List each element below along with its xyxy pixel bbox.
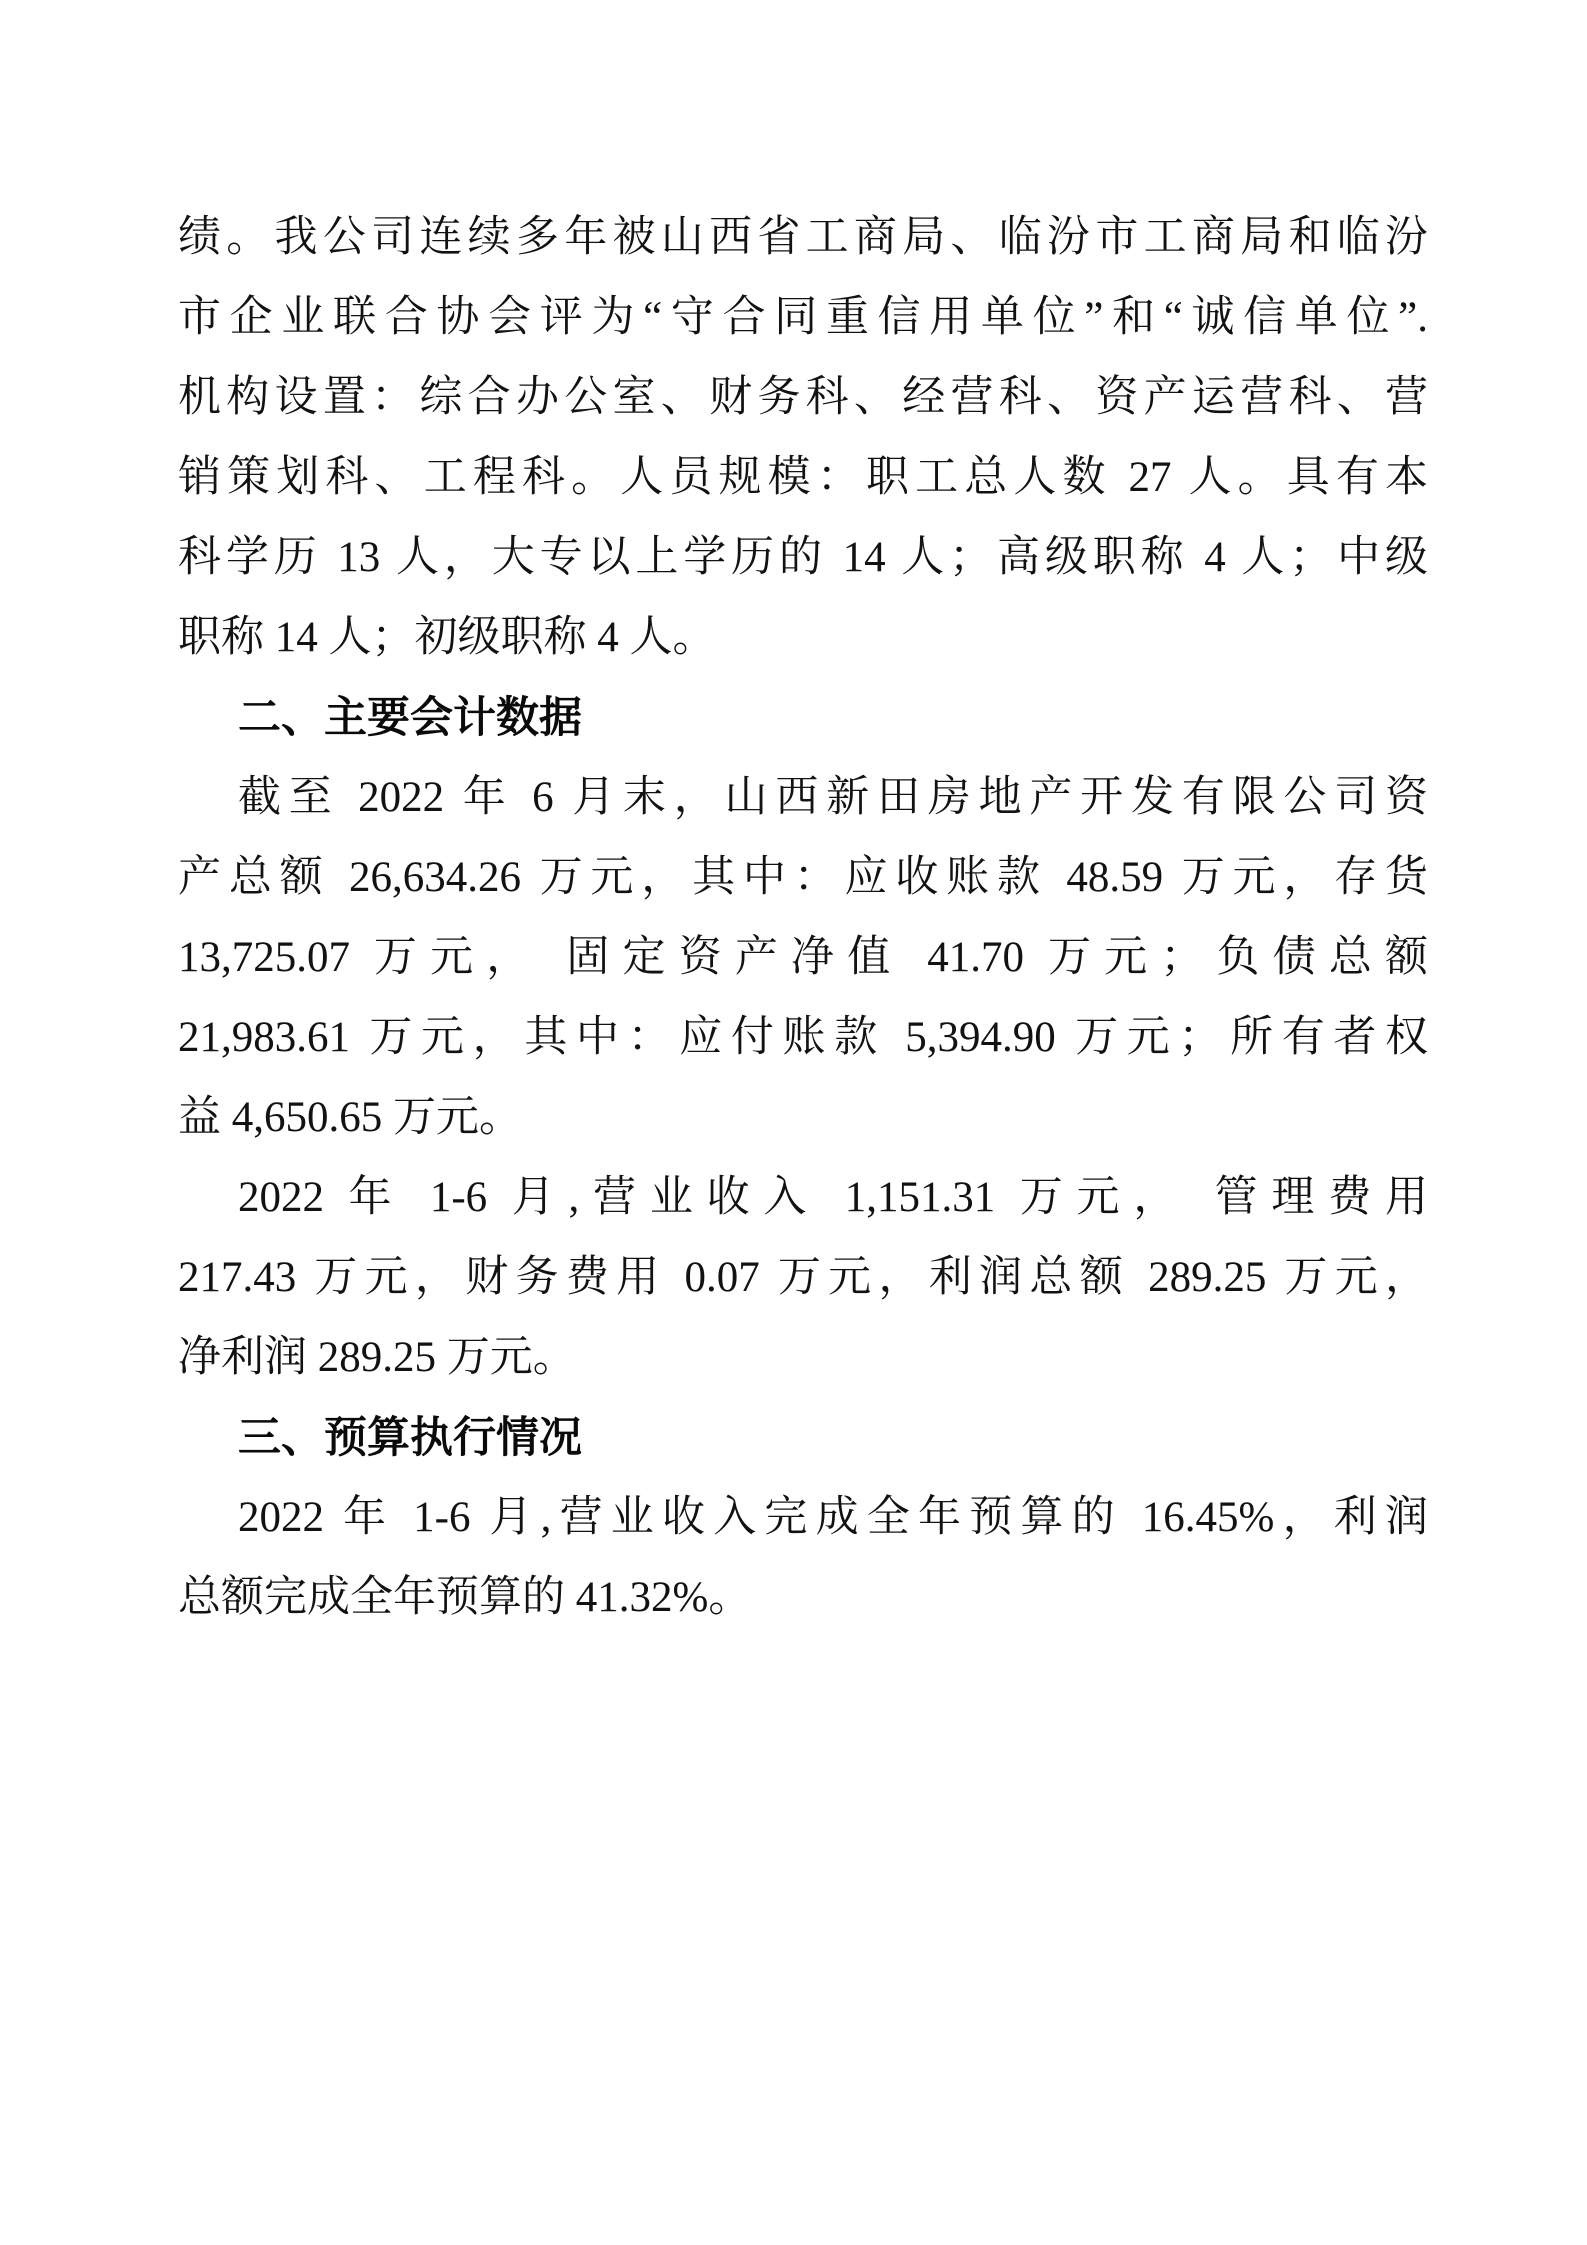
text-line: 绩。我公司连续多年被山西省工商局、临汾市工商局和临汾 (178, 198, 1428, 278)
paragraph-income-statement: 2022 年 1-6 月,营业收入 1,151.31 万元， 管理费用 217.… (178, 1158, 1428, 1398)
text-line: 机构设置：综合办公室、财务科、经营科、资产运营科、营 (178, 358, 1428, 438)
text-line: 21,983.61 万元，其中：应付账款 5,394.90 万元；所有者权 (178, 998, 1428, 1078)
paragraph-budget-execution: 2022 年 1-6 月,营业收入完成全年预算的 16.45%，利润 总额完成全… (178, 1478, 1428, 1638)
text-line: 职称 14 人；初级职称 4 人。 (178, 598, 1428, 678)
document-page: 绩。我公司连续多年被山西省工商局、临汾市工商局和临汾 市企业联合协会评为“守合同… (178, 198, 1428, 1638)
text-line: 217.43 万元，财务费用 0.07 万元，利润总额 289.25 万元， (178, 1238, 1428, 1318)
text-line: 产总额 26,634.26 万元，其中：应收账款 48.59 万元，存货 (178, 838, 1428, 918)
text-line: 市企业联合协会评为“守合同重信用单位”和“诚信单位”. (178, 278, 1428, 358)
text-line: 13,725.07 万元， 固定资产净值 41.70 万元；负债总额 (178, 918, 1428, 998)
paragraph-company-overview: 绩。我公司连续多年被山西省工商局、临汾市工商局和临汾 市企业联合协会评为“守合同… (178, 198, 1428, 678)
text-line: 总额完成全年预算的 41.32%。 (178, 1558, 1428, 1638)
text-line: 净利润 289.25 万元。 (178, 1318, 1428, 1398)
text-line: 科学历 13 人，大专以上学历的 14 人；高级职称 4 人；中级 (178, 518, 1428, 598)
text-line: 销策划科、工程科。人员规模：职工总人数 27 人。具有本 (178, 438, 1428, 518)
text-line: 2022 年 1-6 月,营业收入 1,151.31 万元， 管理费用 (178, 1158, 1428, 1238)
text-line: 益 4,650.65 万元。 (178, 1078, 1428, 1158)
section-heading-budget-execution: 三、预算执行情况 (178, 1398, 1428, 1478)
paragraph-balance-sheet: 截至 2022 年 6 月末，山西新田房地产开发有限公司资 产总额 26,634… (178, 758, 1428, 1158)
text-line: 2022 年 1-6 月,营业收入完成全年预算的 16.45%，利润 (178, 1478, 1428, 1558)
text-line: 截至 2022 年 6 月末，山西新田房地产开发有限公司资 (178, 758, 1428, 838)
section-heading-accounting-data: 二、主要会计数据 (178, 678, 1428, 758)
